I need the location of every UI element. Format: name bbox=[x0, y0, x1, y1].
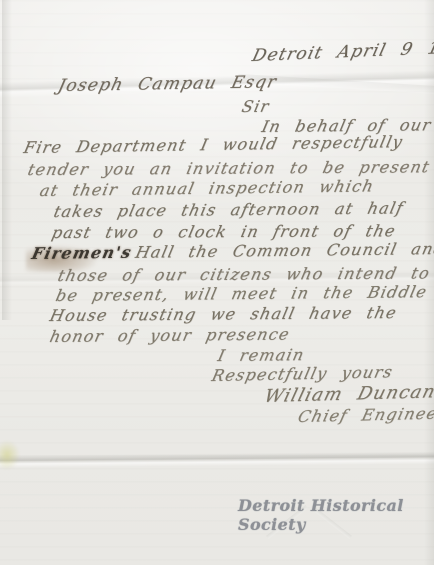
body-line-text: Fire Department I would respectfully bbox=[22, 132, 405, 157]
letter-body-line: past two o clock in front of the bbox=[50, 221, 398, 242]
letter-signature-name: William Duncan bbox=[262, 381, 434, 407]
body-line-text: House trusting we shall have the bbox=[48, 303, 399, 325]
letter-body-line: Firemen'sHall the Common Council and bbox=[30, 239, 434, 263]
letter-closing-respectfully: Respectfully yours bbox=[210, 362, 395, 385]
body-line-text: honor of your presence bbox=[48, 324, 292, 346]
letter-recipient: Joseph Campau Esqr bbox=[56, 72, 279, 96]
body-line-text: at their annual inspection which bbox=[38, 176, 376, 200]
letter-body-line: honor of your presence bbox=[48, 324, 292, 346]
body-line-text: past two o clock in front of the bbox=[50, 221, 398, 242]
paper-crease-bottom-fold bbox=[0, 450, 434, 468]
letter-salutation: Sir bbox=[240, 97, 272, 116]
paper-crease-left-edge bbox=[2, 0, 12, 320]
letter-closing-remain: I remain bbox=[216, 345, 307, 365]
letter-signature-title: Chief Engineer bbox=[296, 403, 434, 426]
letter-body-line: House trusting we shall have the bbox=[48, 303, 399, 325]
letter-page: Detroit April 9 1851 Joseph Campau Esqr … bbox=[0, 0, 434, 565]
letter-dateline: Detroit April 9 1851 bbox=[250, 37, 434, 66]
yellow-stain bbox=[0, 440, 20, 470]
letter-body-line: at their annual inspection which bbox=[38, 176, 376, 200]
letter-body-line: Fire Department I would respectfully bbox=[22, 132, 405, 157]
letter-body-line: takes place this afternoon at half bbox=[52, 198, 406, 221]
body-line-text: Hall the Common Council and bbox=[134, 239, 434, 262]
body-line-text: be present, will meet in the Biddle bbox=[54, 282, 429, 305]
detroit-historical-society-watermark: Detroit Historical Society bbox=[238, 496, 434, 534]
firemens-hall-emphasis: Firemen's bbox=[30, 243, 134, 263]
body-line-text: takes place this afternoon at half bbox=[52, 198, 406, 221]
letter-body-line: be present, will meet in the Biddle bbox=[54, 282, 429, 305]
